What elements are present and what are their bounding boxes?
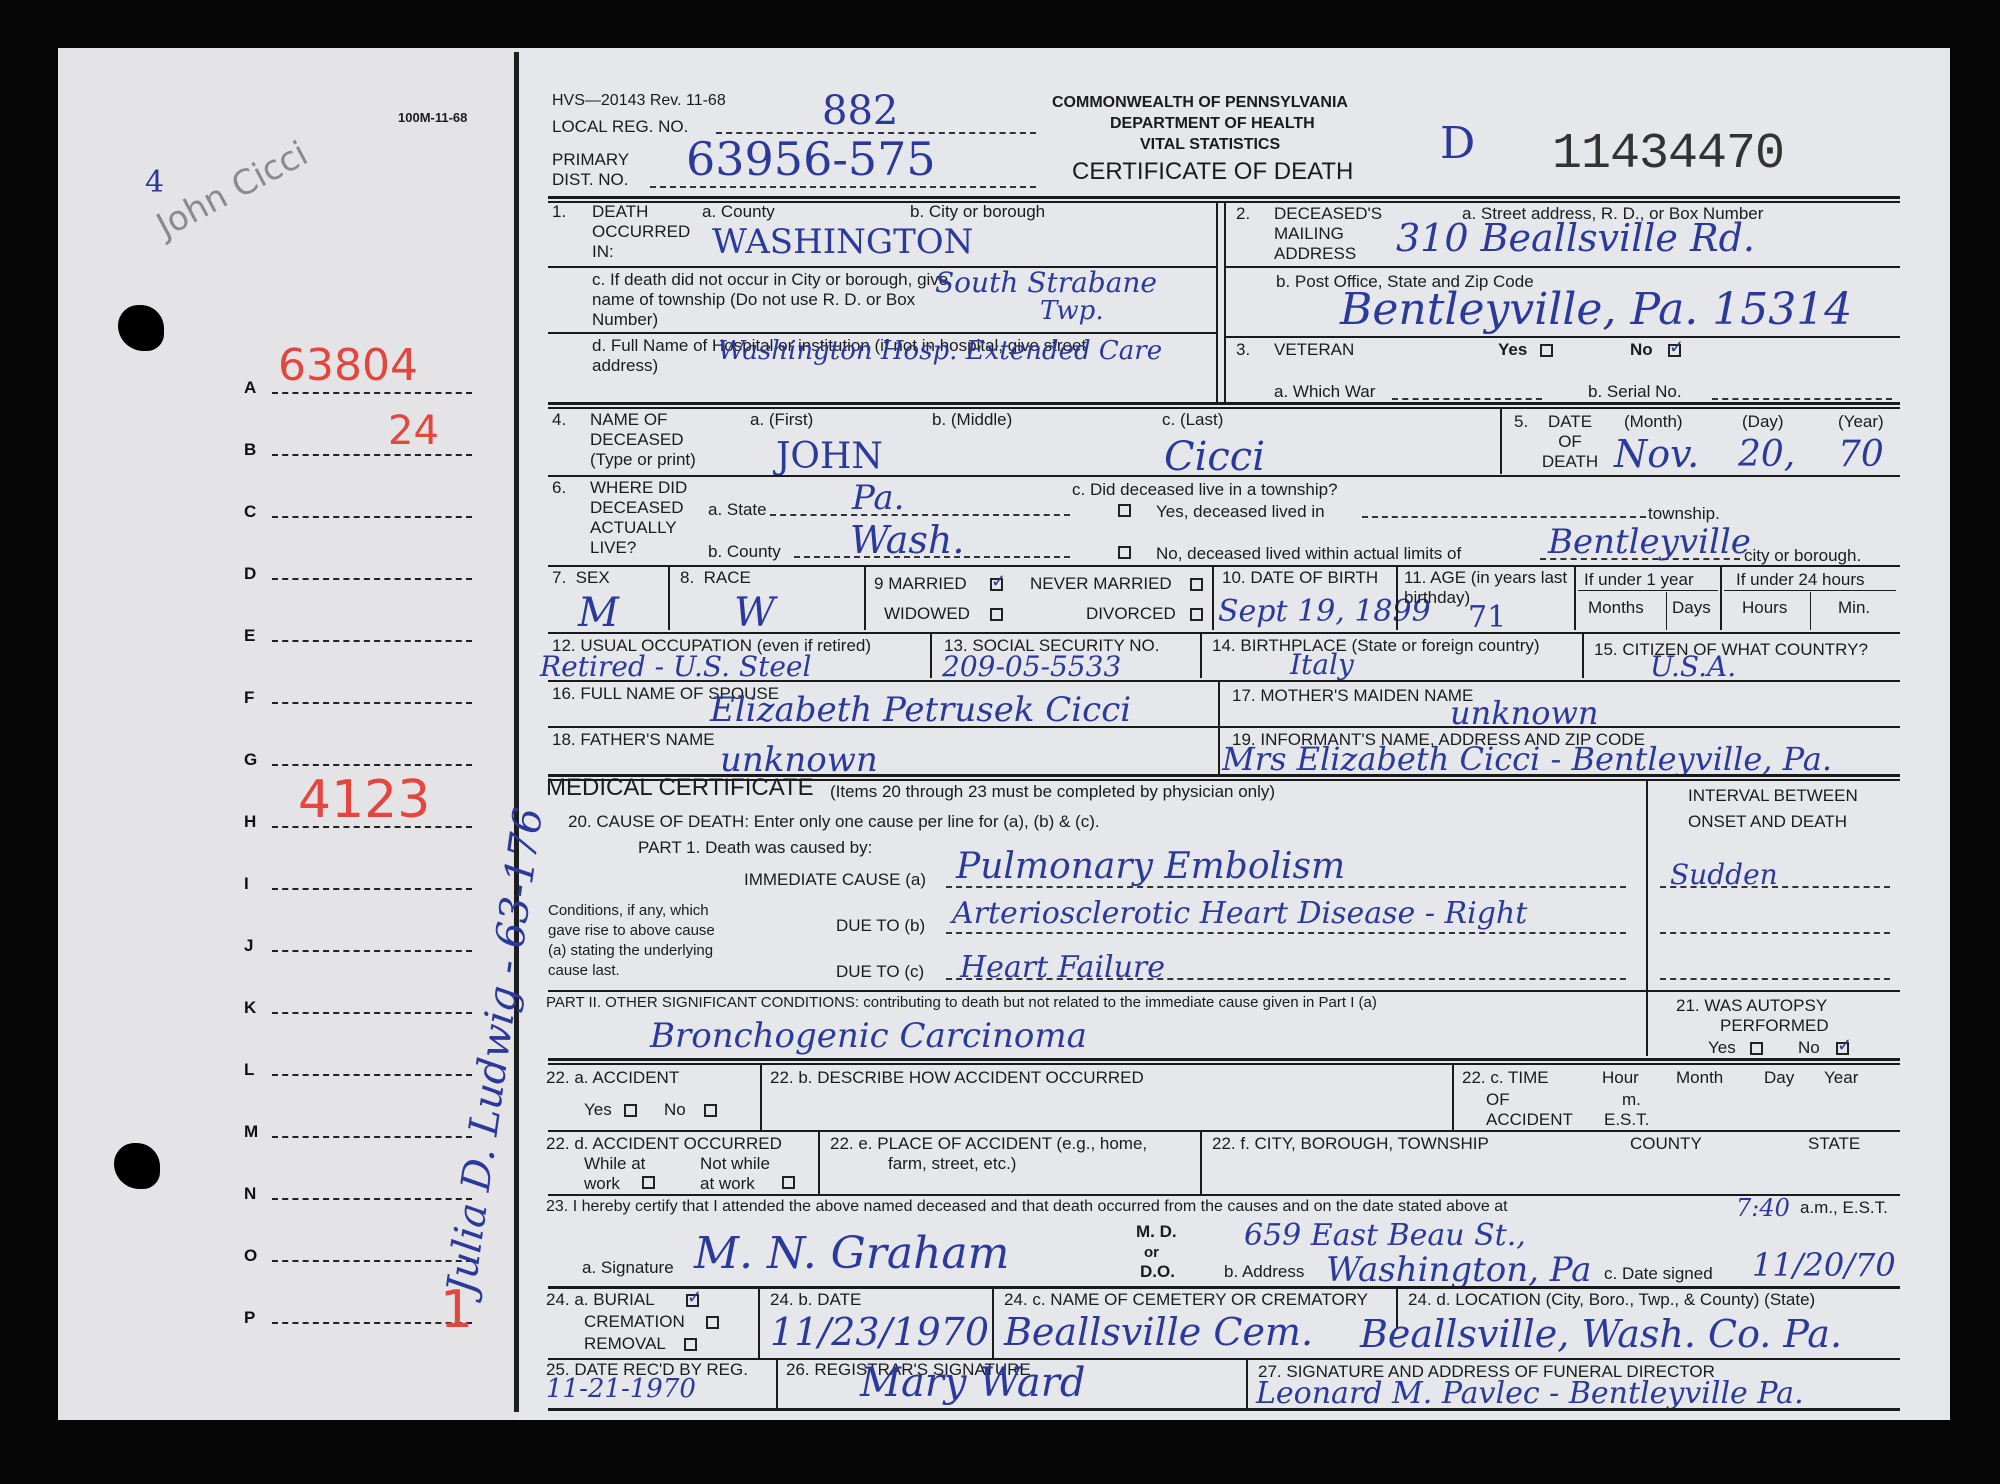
agency-line-1: COMMONWEALTH OF PENNSYLVANIA: [1052, 94, 1348, 113]
item1d-value: Washington Hosp. Extended Care: [718, 336, 1162, 366]
stub-line-g: [272, 764, 472, 766]
item2b-value: Bentleyville, Pa. 15314: [1340, 284, 1852, 335]
item9-number: 9: [874, 574, 883, 593]
rule: [548, 332, 1216, 334]
item1b-label: b. City or borough: [910, 202, 1045, 222]
accident-m-label: m.: [1622, 1090, 1641, 1110]
rule: [1212, 566, 1214, 630]
rule: [992, 1288, 994, 1358]
stub-letter-n: N: [244, 1184, 256, 1204]
accident-yes-checkbox[interactable]: [624, 1104, 637, 1117]
certificate-title: CERTIFICATE OF DEATH: [1072, 158, 1353, 186]
birthplace-value: Italy: [1290, 648, 1354, 681]
birthplace-label: 14. BIRTHPLACE (State or foreign country…: [1212, 636, 1540, 656]
header-rule: [548, 196, 1900, 199]
cause-of-death-label: 20. CAUSE OF DEATH: Enter only one cause…: [568, 812, 1100, 832]
married-text: MARRIED: [888, 574, 966, 593]
conditions-note-4: cause last.: [548, 962, 620, 980]
days-label: Days: [1672, 598, 1711, 618]
rule: [548, 1058, 1900, 1061]
stub-line-j: [272, 950, 472, 952]
funeral-director-value: Leonard M. Pavlec - Bentleyville Pa.: [1256, 1376, 1804, 1411]
veteran-no-label: No: [1630, 340, 1653, 360]
first-name-label: a. (First): [750, 410, 813, 430]
residence-state-label: a. State: [708, 500, 767, 520]
rule: [668, 566, 670, 630]
spouse-value: Elizabeth Petrusek Cicci: [710, 690, 1131, 730]
stub-entry-a: 63804: [278, 340, 418, 391]
md-label: M. D.: [1136, 1222, 1177, 1242]
residence-county-label: b. County: [708, 542, 781, 562]
stub-line-m: [272, 1136, 472, 1138]
accident-state-label: STATE: [1808, 1134, 1860, 1154]
stub-line-l: [272, 1074, 472, 1076]
time-of-accident-label-3: ACCIDENT: [1486, 1110, 1573, 1130]
stub-line-i: [272, 888, 472, 890]
rule: [548, 407, 1900, 409]
physician-address-label: b. Address: [1224, 1262, 1304, 1282]
day-label: (Day): [1742, 412, 1784, 432]
rule: [548, 1063, 1900, 1065]
rule: [1500, 408, 1502, 474]
rule: [1646, 992, 1648, 1056]
stub-letter-h: H: [244, 812, 256, 832]
last-name-value: Cicci: [1164, 434, 1265, 480]
cremation-checkbox[interactable]: [706, 1316, 719, 1329]
item5-number: 5.: [1514, 412, 1528, 432]
stub-letter-b: B: [244, 440, 256, 460]
burial-location-label: 24. d. LOCATION (City, Boro., Twp., & Co…: [1408, 1290, 1815, 1310]
local-reg-value: 882: [822, 88, 898, 134]
due-to-b-line: [946, 932, 1626, 934]
autopsy-label: 21. WAS AUTOPSY: [1676, 996, 1827, 1016]
primary-dist-line: [650, 186, 1036, 188]
do-label: D.O.: [1140, 1262, 1175, 1282]
mother-maiden-label: 17. MOTHER'S MAIDEN NAME: [1232, 686, 1473, 706]
never-married-checkbox[interactable]: [1190, 578, 1203, 591]
divorced-checkbox[interactable]: [1190, 608, 1203, 621]
registrar-signature: Mary Ward: [860, 1360, 1085, 1406]
while-at-work-label: While at: [584, 1154, 645, 1174]
race-label: 8. RACE: [680, 568, 751, 588]
rule: [1216, 202, 1218, 402]
rule: [548, 990, 1900, 992]
accident-city-label: 22. f. CITY, BOROUGH, TOWNSHIP: [1212, 1134, 1489, 1154]
rule: [1720, 566, 1722, 630]
item4-label: NAME OF DECEASED (Type or print): [590, 410, 720, 470]
item8-label: RACE: [704, 568, 751, 587]
stub-form-code: 100M-11-68: [398, 110, 467, 125]
item17-label: MOTHER'S MAIDEN NAME: [1260, 686, 1473, 705]
burial-label: 24. a. BURIAL: [546, 1290, 655, 1310]
item7-label: SEX: [576, 568, 610, 587]
rule: [818, 1130, 820, 1194]
physician-address-line-2: Washington, Pa: [1326, 1250, 1591, 1290]
conditions-note-3: (a) stating the underlying: [548, 942, 713, 960]
item17-number: 17.: [1232, 686, 1256, 705]
township-yes-label: Yes, deceased lived in: [1156, 502, 1325, 522]
not-while-at-work-label: Not while: [700, 1154, 770, 1174]
stub-letter-k: K: [244, 998, 256, 1018]
under-1-year-label: If under 1 year: [1584, 570, 1694, 590]
rule: [1218, 682, 1220, 726]
rule: [1246, 1358, 1248, 1408]
burial-date-label: 24. b. DATE: [770, 1290, 861, 1310]
date-signed-value: 11/20/70: [1752, 1246, 1896, 1284]
item3-label: VETERAN: [1274, 340, 1354, 360]
item6-number: 6.: [552, 478, 566, 498]
cemetery-value: Beallsville Cem.: [1004, 1310, 1313, 1354]
physician-signature: M. N. Graham: [694, 1228, 1009, 1279]
rule: [548, 475, 1900, 477]
interval-label-2: ONSET AND DEATH: [1688, 812, 1847, 832]
accident-est-label: E.S.T.: [1604, 1110, 1649, 1130]
item2a-value: 310 Beallsville Rd.: [1396, 216, 1755, 260]
rule: [548, 632, 1900, 634]
due-to-c-value: Heart Failure: [960, 950, 1165, 985]
interval-c-line: [1660, 978, 1890, 980]
cemetery-label: 24. c. NAME OF CEMETERY OR CREMATORY: [1004, 1290, 1368, 1310]
rule: [758, 1288, 760, 1358]
rule: [548, 1130, 1900, 1132]
sex-label: 7. SEX: [552, 568, 610, 588]
rule: [760, 1064, 762, 1130]
time-of-death-value: 7:40: [1736, 1194, 1790, 1222]
item2-label: DECEASED'S MAILING ADDRESS: [1274, 204, 1384, 264]
never-married-label: NEVER MARRIED: [1030, 574, 1172, 594]
first-name-value: JOHN: [776, 436, 883, 477]
place-of-accident-label-2: farm, street, etc.): [888, 1154, 1016, 1174]
age-value: 71: [1468, 600, 1506, 635]
burial-checkbox[interactable]: [686, 1294, 699, 1307]
item10-number: 10.: [1222, 568, 1246, 587]
month-label: (Month): [1624, 412, 1683, 432]
citizenship-value: U.S.A.: [1650, 650, 1736, 683]
middle-name-label: b. (Middle): [932, 410, 1012, 430]
rule: [1724, 590, 1896, 591]
borough-suffix: city or borough.: [1744, 546, 1861, 566]
primary-dist-label: PRIMARY: [552, 150, 629, 170]
stub-letter-m: M: [244, 1122, 258, 1142]
interval-b-line: [1660, 932, 1890, 934]
residence-county-value: Wash.: [850, 518, 964, 562]
certificate-letter: D: [1440, 118, 1475, 169]
veteran-no-checkbox[interactable]: [1668, 344, 1681, 357]
stub-letter-e: E: [244, 626, 255, 646]
rule: [1646, 780, 1648, 992]
physician-address-line-1: 659 East Beau St.,: [1244, 1218, 1526, 1253]
burial-location-value: Beallsville, Wash. Co. Pa.: [1360, 1312, 1842, 1356]
accident-hour-label: Hour: [1602, 1068, 1639, 1088]
not-while-at-work-label-2: at work: [700, 1174, 755, 1194]
which-war-label: a. Which War: [1274, 382, 1375, 402]
dob-value: Sept 19, 1899: [1218, 594, 1431, 629]
autopsy-no-label: No: [1798, 1038, 1820, 1058]
widowed-label: WIDOWED: [884, 604, 970, 624]
stub-letter-d: D: [244, 564, 256, 584]
township-yes-checkbox[interactable]: [1118, 504, 1131, 517]
due-to-c-label: DUE TO (c): [836, 962, 924, 982]
item14-label: BIRTHPLACE (State or foreign country): [1240, 636, 1539, 655]
not-while-at-work-checkbox[interactable]: [782, 1176, 795, 1189]
rule: [1578, 590, 1718, 591]
accident-label: 22. a. ACCIDENT: [546, 1068, 679, 1088]
death-year-value: 70: [1838, 434, 1884, 475]
rule: [548, 1286, 1900, 1289]
stub-letter-p: P: [244, 1308, 255, 1328]
rule: [548, 1358, 1900, 1360]
describe-accident-label: 22. b. DESCRIBE HOW ACCIDENT OCCURRED: [770, 1068, 1144, 1088]
rule: [1200, 634, 1202, 678]
time-of-death-suffix: a.m., E.S.T.: [1800, 1198, 1888, 1218]
item1a-label: a. County: [702, 202, 775, 222]
interval-label: INTERVAL BETWEEN: [1688, 786, 1858, 806]
informant-value: Mrs Elizabeth Cicci - Bentleyville, Pa.: [1222, 740, 1832, 778]
rule: [776, 1358, 778, 1408]
dob-label: 10. DATE OF BIRTH: [1222, 568, 1378, 588]
item1c-value-2: Twp.: [1040, 296, 1104, 326]
rule: [1810, 592, 1811, 630]
divorced-label: DIVORCED: [1086, 604, 1176, 624]
item4-number: 4.: [552, 410, 566, 430]
stub-line-k: [272, 1012, 472, 1014]
serial-no-line: [1712, 398, 1892, 400]
item1a-value: WASHINGTON: [712, 222, 973, 262]
physician-certification-statement: 23. I hereby certify that I attended the…: [546, 1198, 1508, 1217]
hours-label: Hours: [1742, 598, 1787, 618]
veteran-yes-checkbox[interactable]: [1540, 344, 1553, 357]
serial-no-label: b. Serial No.: [1588, 382, 1682, 402]
item15-number: 15.: [1594, 640, 1618, 659]
item1-label: DEATH OCCURRED IN:: [592, 202, 692, 262]
stub-entry-h: 4123: [298, 770, 430, 830]
accident-day-label: Day: [1764, 1068, 1794, 1088]
rule: [1200, 1130, 1202, 1194]
rule: [930, 634, 932, 678]
item14-number: 14.: [1212, 636, 1236, 655]
autopsy-no-checkbox[interactable]: [1836, 1042, 1849, 1055]
residence-state-value: Pa.: [852, 478, 904, 518]
rule: [1582, 634, 1584, 678]
township-question: c. Did deceased live in a township?: [1072, 480, 1338, 500]
rule: [1224, 202, 1226, 402]
sex-value: M: [578, 590, 619, 636]
rule: [548, 565, 1900, 567]
father-name-label: 18. FATHER'S NAME: [552, 730, 715, 750]
rule: [1218, 728, 1220, 776]
item6-label: WHERE DID DECEASED ACTUALLY LIVE?: [590, 478, 690, 558]
stub-letter-o: O: [244, 1246, 257, 1266]
accident-no-checkbox[interactable]: [704, 1104, 717, 1117]
immediate-cause-value: Pulmonary Embolism: [956, 846, 1345, 887]
cremation-label: CREMATION: [584, 1312, 685, 1332]
time-of-accident-label: 22. c. TIME: [1462, 1068, 1549, 1088]
while-at-work-label-2: work: [584, 1174, 620, 1194]
under-24-hours-label: If under 24 hours: [1736, 570, 1865, 590]
time-of-accident-label-2: OF: [1486, 1090, 1510, 1110]
item8-number: 8.: [680, 568, 694, 587]
accident-occurred-label: 22. d. ACCIDENT OCCURRED: [546, 1134, 782, 1154]
item11-number: 11.: [1404, 568, 1426, 587]
accident-year-label: Year: [1824, 1068, 1858, 1088]
stub-divider: [514, 52, 519, 1412]
autopsy-yes-checkbox[interactable]: [1750, 1042, 1763, 1055]
accident-month-label: Month: [1676, 1068, 1723, 1088]
widowed-checkbox[interactable]: [990, 608, 1003, 621]
stub-line-n: [272, 1198, 472, 1200]
conditions-note-2: gave rise to above cause: [548, 922, 715, 940]
accident-yes-label: Yes: [584, 1100, 612, 1120]
immediate-cause-label: IMMEDIATE CAUSE (a): [744, 870, 926, 890]
rule: [548, 1408, 1900, 1411]
rule: [1452, 1064, 1454, 1130]
rule: [548, 1194, 1900, 1196]
date-received-value: 11-21-1970: [546, 1374, 696, 1404]
rule: [1574, 566, 1576, 630]
date-signed-label: c. Date signed: [1604, 1264, 1713, 1284]
item5-label: DATE OF DEATH: [1540, 412, 1600, 472]
stub-letter-j: J: [244, 936, 253, 956]
part2-label: PART II. OTHER SIGNIFICANT CONDITIONS: c…: [546, 994, 1377, 1012]
rule: [548, 680, 1900, 682]
stub-line-a: [272, 392, 472, 394]
stub-letter-c: C: [244, 502, 256, 522]
agency-line-3: VITAL STATISTICS: [1140, 136, 1280, 155]
rule: [548, 402, 1900, 405]
veteran-yes-label: Yes: [1498, 340, 1527, 360]
married-checkbox[interactable]: [990, 578, 1003, 591]
stub-letter-f: F: [244, 688, 254, 708]
item1c-label: c. If death did not occur in City or bor…: [592, 270, 952, 330]
stub-entry-b: 24: [388, 408, 439, 454]
conditions-note: Conditions, if any, which: [548, 902, 709, 920]
stub-pencil-number: 4: [145, 165, 164, 200]
burial-date-value: 11/23/1970: [770, 1310, 989, 1354]
item10-label: DATE OF BIRTH: [1250, 568, 1378, 587]
year-label: (Year): [1838, 412, 1884, 432]
last-name-label: c. (Last): [1162, 410, 1223, 430]
physician-signature-label: a. Signature: [582, 1258, 674, 1278]
stub-line-c: [272, 516, 472, 518]
part1-label: PART 1. Death was caused by:: [638, 838, 872, 858]
stub-line-d: [272, 578, 472, 580]
stub-line-b: [272, 454, 472, 456]
medical-certificate-title: MEDICAL CERTIFICATE: [546, 774, 814, 802]
township-no-checkbox[interactable]: [1118, 546, 1131, 559]
stub-line-f: [272, 702, 472, 704]
rule: [548, 726, 1900, 728]
item16-number: 16.: [552, 684, 576, 703]
item1c-value: South Strabane: [935, 266, 1157, 299]
immediate-cause-interval: Sudden: [1670, 858, 1778, 891]
accident-county-label: COUNTY: [1630, 1134, 1702, 1154]
item18-label: FATHER'S NAME: [580, 730, 714, 749]
death-day-value: 20,: [1738, 434, 1795, 475]
borough-value: Bentleyville: [1548, 522, 1751, 562]
item18-number: 18.: [552, 730, 576, 749]
place-of-accident-label: 22. e. PLACE OF ACCIDENT (e.g., home,: [830, 1134, 1147, 1154]
rule: [1666, 592, 1667, 630]
part2-value: Bronchogenic Carcinoma: [650, 1016, 1087, 1056]
local-reg-label: LOCAL REG. NO.: [552, 117, 688, 137]
occupation-value: Retired - U.S. Steel: [540, 650, 811, 683]
accident-no-label: No: [664, 1100, 686, 1120]
min-label: Min.: [1838, 598, 1870, 618]
due-to-b-value: Arteriosclerotic Heart Disease - Right: [952, 896, 1527, 931]
agency-line-2: DEPARTMENT OF HEALTH: [1110, 115, 1315, 134]
item7-number: 7.: [552, 568, 566, 587]
ssn-value: 209-05-5533: [942, 650, 1121, 683]
months-label: Months: [1588, 598, 1644, 618]
rule: [864, 566, 866, 630]
which-war-line: [1392, 398, 1542, 400]
stub-letter-i: I: [244, 874, 249, 894]
item2-number: 2.: [1236, 204, 1250, 224]
stub-letter-l: L: [244, 1060, 254, 1080]
primary-dist-value: 63956-575: [686, 132, 936, 186]
married-label: 9 MARRIED: [874, 574, 967, 594]
item1-number: 1.: [552, 202, 566, 222]
stub-line-e: [272, 640, 472, 642]
removal-checkbox[interactable]: [684, 1338, 697, 1351]
due-to-b-label: DUE TO (b): [836, 916, 925, 936]
township-no-label: No, deceased lived within actual limits …: [1156, 544, 1461, 564]
stub-letter-a: A: [244, 378, 256, 398]
removal-label: REMOVAL: [584, 1334, 666, 1354]
while-at-work-checkbox[interactable]: [642, 1176, 655, 1189]
race-value: W: [734, 590, 775, 636]
form-number: HVS—20143 Rev. 11-68: [552, 92, 726, 111]
rule: [1396, 566, 1398, 630]
autopsy-yes-label: Yes: [1708, 1038, 1736, 1058]
death-month-value: Nov.: [1614, 432, 1699, 476]
primary-dist-label-2: DIST. NO.: [552, 170, 629, 190]
rule: [1224, 336, 1900, 338]
rule: [1224, 266, 1900, 268]
certificate-number: 11434470: [1552, 126, 1784, 183]
autopsy-label-2: PERFORMED: [1720, 1016, 1829, 1036]
residence-state-line: [770, 514, 1070, 516]
township-line: [1362, 516, 1646, 518]
stub-letter-g: G: [244, 750, 257, 770]
medical-certificate-subtitle: (Items 20 through 23 must be completed b…: [830, 782, 1275, 802]
or-label: or: [1144, 1244, 1159, 1262]
item3-number: 3.: [1236, 340, 1250, 360]
